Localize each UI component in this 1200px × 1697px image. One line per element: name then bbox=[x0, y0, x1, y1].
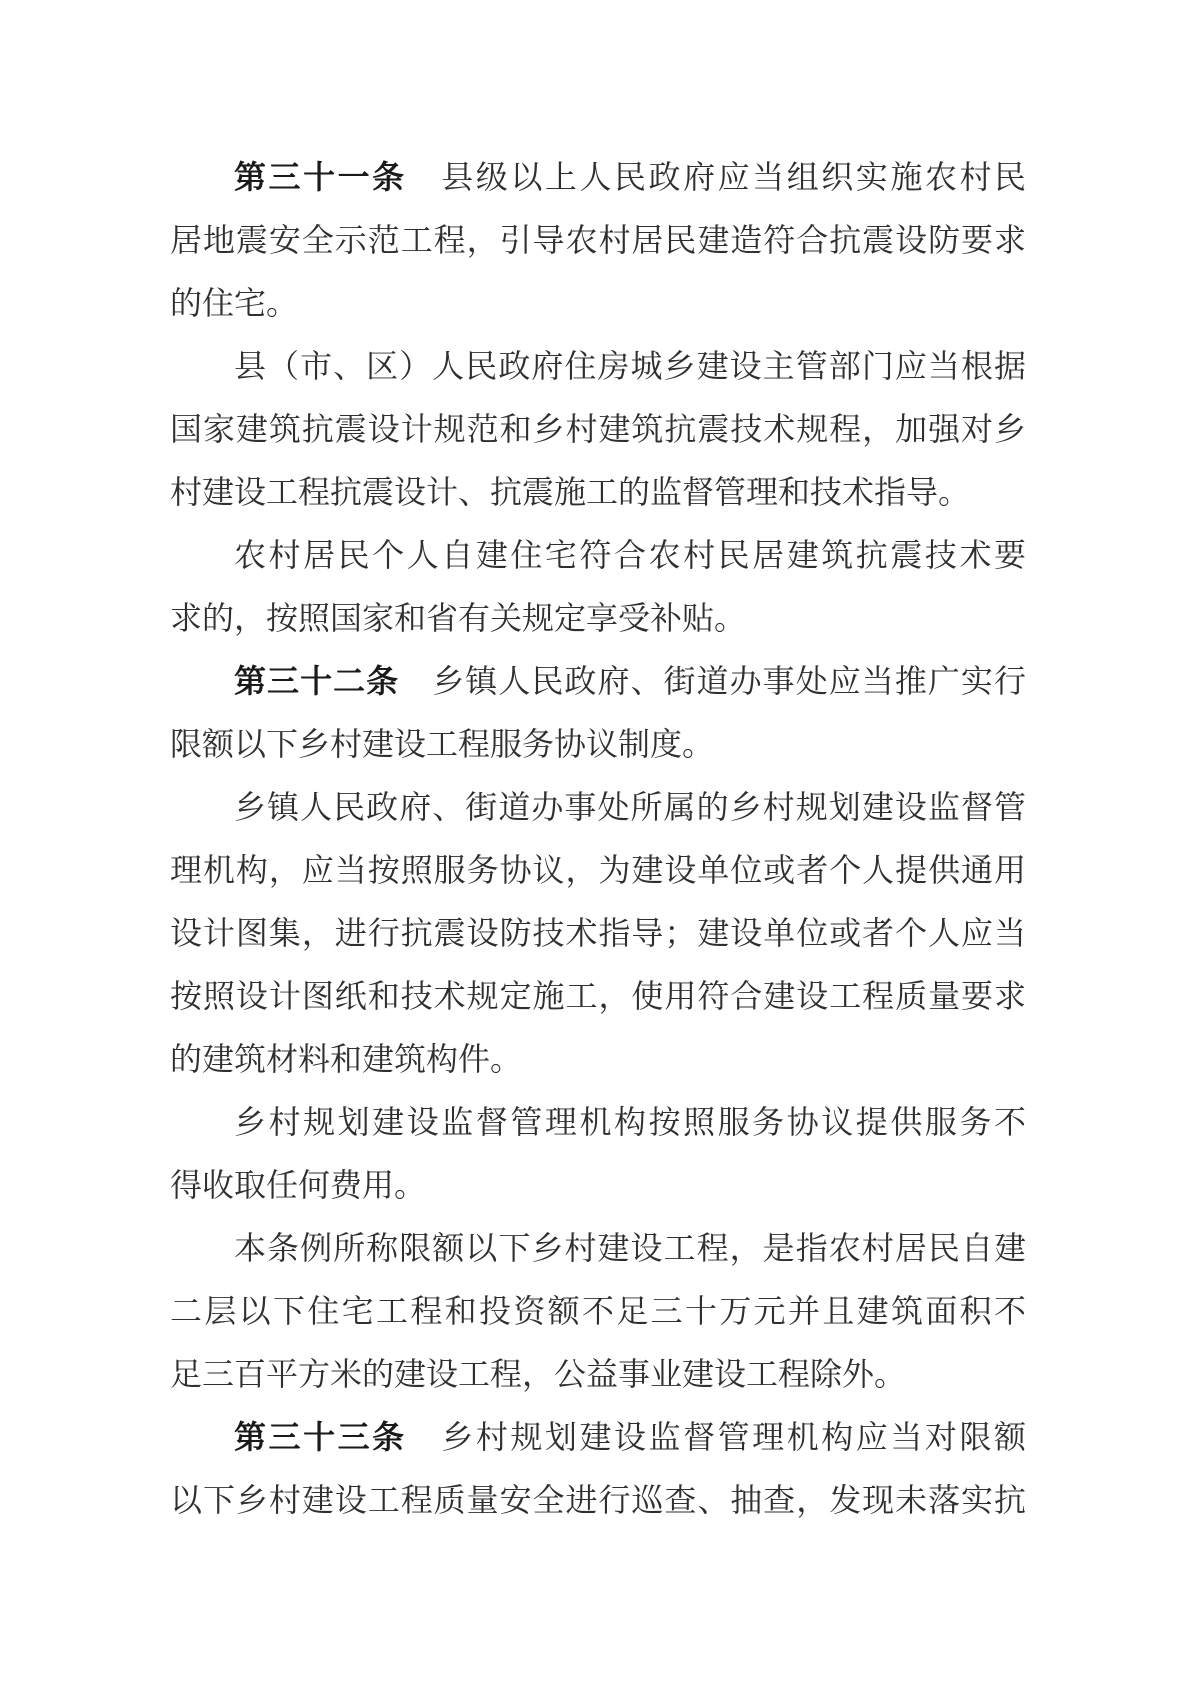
text-line: 得收取任何费用。 bbox=[170, 1154, 1026, 1217]
line-text: 限额以下乡村建设工程服务协议制度。 bbox=[170, 726, 714, 762]
line-text: 求的，按照国家和省有关规定享受补贴。 bbox=[170, 600, 746, 636]
paragraph-article-31: 第三十一条 县级以上人民政府应当组织实施农村民 居地震安全示范工程，引导农村居民… bbox=[170, 146, 1026, 335]
line-text: 的建筑材料和建筑构件。 bbox=[170, 1041, 522, 1077]
paragraph: 乡镇人民政府、街道办事处所属的乡村规划建设监督管 理机构，应当按照服务协议，为建… bbox=[170, 776, 1026, 1091]
paragraph-article-32: 第三十二条 乡镇人民政府、街道办事处应当推广实行 限额以下乡村建设工程服务协议制… bbox=[170, 650, 1026, 776]
paragraph: 本条例所称限额以下乡村建设工程，是指农村居民自建 二层以下住宅工程和投资额不足三… bbox=[170, 1217, 1026, 1406]
paragraph: 农村居民个人自建住宅符合农村民居建筑抗震技术要 求的，按照国家和省有关规定享受补… bbox=[170, 524, 1026, 650]
text-line: 以下乡村建设工程质量安全进行巡查、抽查，发现未落实抗 bbox=[170, 1469, 1026, 1532]
text-line: 国家建筑抗震设计规范和乡村建筑抗震技术规程，加强对乡 bbox=[170, 398, 1026, 461]
line-text: 按照设计图纸和技术规定施工，使用符合建设工程质量要求 bbox=[170, 978, 1026, 1014]
text-line: 的住宅。 bbox=[170, 272, 1026, 335]
line-text: 居地震安全示范工程，引导农村居民建造符合抗震设防要求 bbox=[170, 222, 1026, 258]
paragraph-article-33: 第三十三条 乡村规划建设监督管理机构应当对限额 以下乡村建设工程质量安全进行巡查… bbox=[170, 1406, 1026, 1532]
text-line: 限额以下乡村建设工程服务协议制度。 bbox=[170, 713, 1026, 776]
text-line: 第三十一条 县级以上人民政府应当组织实施农村民 bbox=[170, 146, 1026, 209]
text-line: 县（市、区）人民政府住房城乡建设主管部门应当根据 bbox=[170, 335, 1026, 398]
text-line: 第三十二条 乡镇人民政府、街道办事处应当推广实行 bbox=[170, 650, 1026, 713]
line-text: 以下乡村建设工程质量安全进行巡查、抽查，发现未落实抗 bbox=[170, 1482, 1026, 1518]
document-page: 第三十一条 县级以上人民政府应当组织实施农村民 居地震安全示范工程，引导农村居民… bbox=[0, 0, 1200, 1697]
text-line: 乡镇人民政府、街道办事处所属的乡村规划建设监督管 bbox=[170, 776, 1026, 839]
text-line: 设计图集，进行抗震设防技术指导；建设单位或者个人应当 bbox=[170, 902, 1026, 965]
text-line: 本条例所称限额以下乡村建设工程，是指农村居民自建 bbox=[170, 1217, 1026, 1280]
paragraph: 乡村规划建设监督管理机构按照服务协议提供服务不 得收取任何费用。 bbox=[170, 1091, 1026, 1217]
line-text: 农村居民个人自建住宅符合农村民居建筑抗震技术要 bbox=[234, 537, 1026, 573]
text-line: 的建筑材料和建筑构件。 bbox=[170, 1028, 1026, 1091]
line-text: 本条例所称限额以下乡村建设工程，是指农村居民自建 bbox=[234, 1230, 1026, 1266]
line-text: 乡镇人民政府、街道办事处应当推广实行 bbox=[399, 663, 1026, 699]
paragraph: 县（市、区）人民政府住房城乡建设主管部门应当根据 国家建筑抗震设计规范和乡村建筑… bbox=[170, 335, 1026, 524]
line-text: 设计图集，进行抗震设防技术指导；建设单位或者个人应当 bbox=[170, 915, 1026, 951]
document-text-block: 第三十一条 县级以上人民政府应当组织实施农村民 居地震安全示范工程，引导农村居民… bbox=[170, 146, 1026, 1532]
article-number: 第三十三条 bbox=[234, 1419, 407, 1455]
line-text: 乡村规划建设监督管理机构按照服务协议提供服务不 bbox=[234, 1104, 1026, 1140]
line-text: 二层以下住宅工程和投资额不足三十万元并且建筑面积不 bbox=[170, 1293, 1026, 1329]
text-line: 农村居民个人自建住宅符合农村民居建筑抗震技术要 bbox=[170, 524, 1026, 587]
text-line: 二层以下住宅工程和投资额不足三十万元并且建筑面积不 bbox=[170, 1280, 1026, 1343]
article-number: 第三十二条 bbox=[234, 663, 399, 699]
line-text: 县（市、区）人民政府住房城乡建设主管部门应当根据 bbox=[234, 348, 1026, 384]
line-text: 得收取任何费用。 bbox=[170, 1167, 426, 1203]
text-line: 乡村规划建设监督管理机构按照服务协议提供服务不 bbox=[170, 1091, 1026, 1154]
line-text: 县级以上人民政府应当组织实施农村民 bbox=[407, 159, 1026, 195]
line-text: 理机构，应当按照服务协议，为建设单位或者个人提供通用 bbox=[170, 852, 1026, 888]
line-text: 乡村规划建设监督管理机构应当对限额 bbox=[407, 1419, 1026, 1455]
text-line: 村建设工程抗震设计、抗震施工的监督管理和技术指导。 bbox=[170, 461, 1026, 524]
text-line: 居地震安全示范工程，引导农村居民建造符合抗震设防要求 bbox=[170, 209, 1026, 272]
text-line: 按照设计图纸和技术规定施工，使用符合建设工程质量要求 bbox=[170, 965, 1026, 1028]
line-text: 的住宅。 bbox=[170, 285, 298, 321]
line-text: 足三百平方米的建设工程，公益事业建设工程除外。 bbox=[170, 1356, 906, 1392]
text-line: 求的，按照国家和省有关规定享受补贴。 bbox=[170, 587, 1026, 650]
text-line: 第三十三条 乡村规划建设监督管理机构应当对限额 bbox=[170, 1406, 1026, 1469]
line-text: 乡镇人民政府、街道办事处所属的乡村规划建设监督管 bbox=[234, 789, 1026, 825]
text-line: 足三百平方米的建设工程，公益事业建设工程除外。 bbox=[170, 1343, 1026, 1406]
text-line: 理机构，应当按照服务协议，为建设单位或者个人提供通用 bbox=[170, 839, 1026, 902]
line-text: 国家建筑抗震设计规范和乡村建筑抗震技术规程，加强对乡 bbox=[170, 411, 1026, 447]
line-text: 村建设工程抗震设计、抗震施工的监督管理和技术指导。 bbox=[170, 474, 970, 510]
article-number: 第三十一条 bbox=[234, 159, 407, 195]
